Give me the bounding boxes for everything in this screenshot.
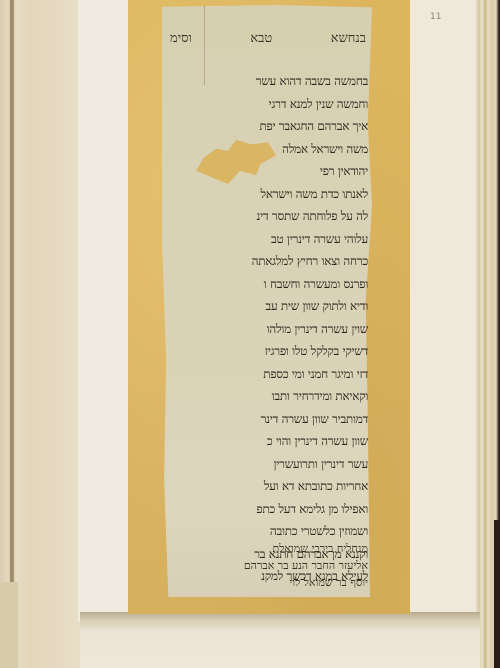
signature-line: אליעזר החבר הנע בר אברהם <box>178 557 368 574</box>
text-line: ואפילו מן גלימא דעל כתפ <box>178 498 368 521</box>
text-line: עלוהי עשרה דינרין טב <box>178 228 368 251</box>
manuscript-body: בחמשה בשבה דהוא עשר וחמשה שנין למנא דרגי… <box>178 70 368 588</box>
text-line: לאנתו כדת משה וישראל <box>178 183 368 206</box>
mount-paper-right <box>408 0 476 612</box>
text-line: דזי ומיגר חמני ומי כספת <box>178 363 368 386</box>
text-line: משה וישראל אמלה <box>178 138 368 161</box>
text-line: לה על פלוחתה שתסר דינ <box>178 205 368 228</box>
text-line: ודיא ולתוק שוון שית עב <box>178 295 368 318</box>
text-line: ופרנס ומעשרה וחשבח ו <box>178 273 368 296</box>
right-background <box>494 520 500 668</box>
text-line: דמותביר שוון עשרה דינר <box>178 408 368 431</box>
text-line: איך אברהם החגאבר יפת <box>178 115 368 138</box>
left-lower-leaf <box>0 582 18 668</box>
bottom-next-leaf <box>80 612 480 668</box>
text-line: אחריות כתובתא דא ועל <box>178 475 368 498</box>
heading-word: וסימ <box>170 30 192 50</box>
mount-paper-left <box>78 0 130 622</box>
heading-word: טבא <box>250 30 272 50</box>
signature-line: מנחליח בירבי שמואלת <box>178 540 368 557</box>
text-line: כרחה וצאו רחיץ למלגאתה <box>178 250 368 273</box>
text-line: וקאיאת ומידרחיר ותבו <box>178 385 368 408</box>
heading-word: בנחשא <box>331 30 366 50</box>
manuscript-heading: בנחשא טבא וסימ <box>170 30 366 50</box>
folio-number: 11 <box>430 12 441 22</box>
text-line: יהודאין רפי <box>178 160 368 183</box>
text-line: שוון עשרה דינרין והוי כ <box>178 430 368 453</box>
text-line: עשר דינרין ותרועשרין <box>178 453 368 476</box>
manuscript-signatures: מנחליח בירבי שמואלת אליעזר החבר הנע בר א… <box>178 540 368 591</box>
signature-line: יוסף בר שמואל לוי <box>178 574 368 591</box>
left-page-edge <box>10 0 16 668</box>
text-line: שוין עשרה דינרין מולהו <box>178 318 368 341</box>
text-line: וחמשה שנין למנא דרגי <box>178 93 368 116</box>
text-line: בחמשה בשבה דהוא עשר <box>178 70 368 93</box>
text-line: דשיקי בקלקל טלו ופרגיז <box>178 340 368 363</box>
